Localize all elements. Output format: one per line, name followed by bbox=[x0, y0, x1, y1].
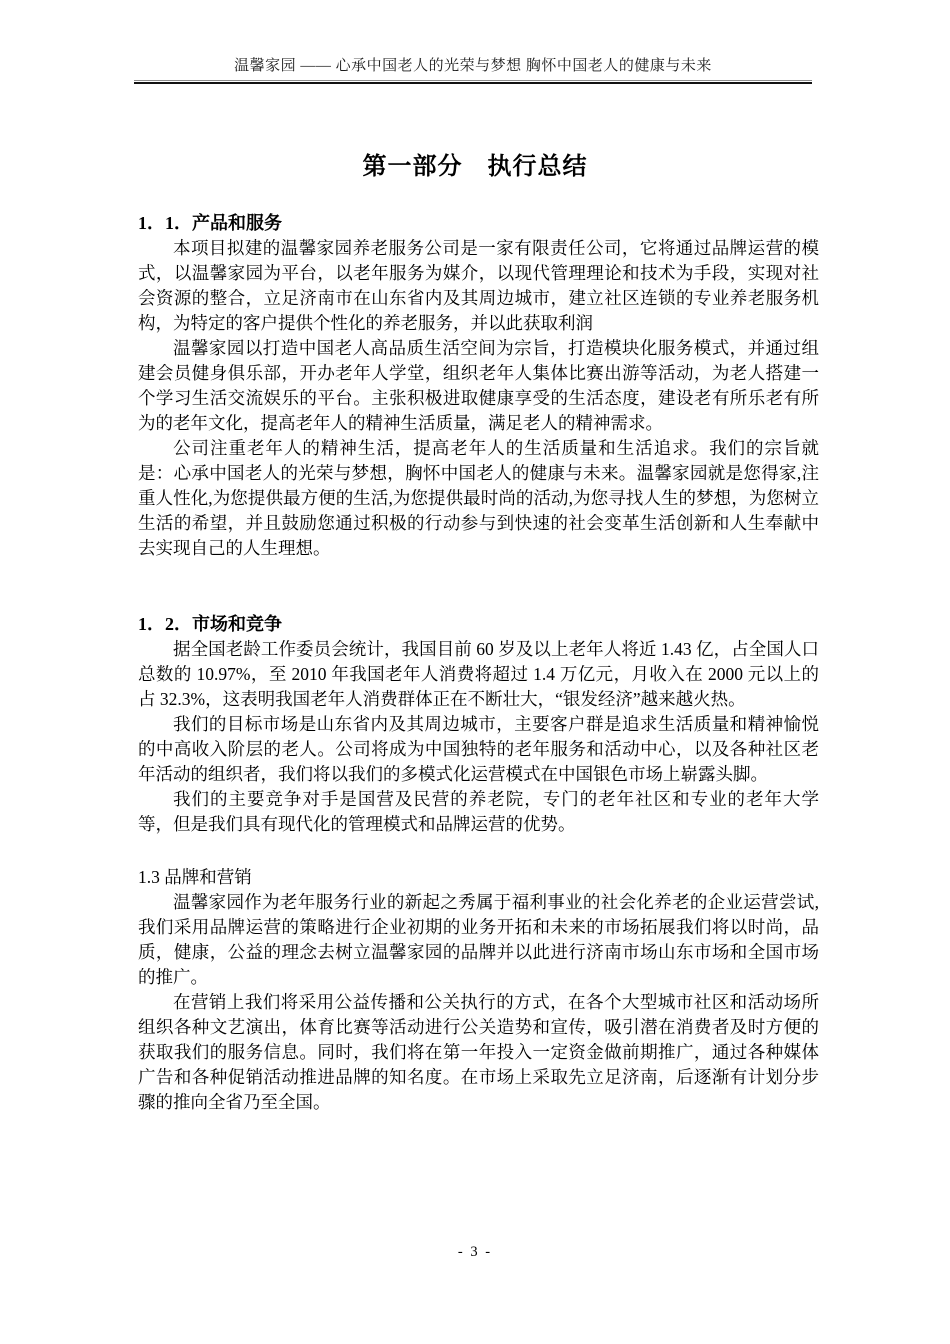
section-1-3-heading: 1.3 品牌和营销 bbox=[138, 865, 819, 890]
paragraph: 据全国老龄工作委员会统计，我国目前 60 岁及以上老年人将近 1.43 亿，占全… bbox=[138, 637, 819, 712]
section-market-competition: 1．2．市场和竞争 据全国老龄工作委员会统计，我国目前 60 岁及以上老年人将近… bbox=[138, 612, 819, 837]
document-title: 第一部分 执行总结 bbox=[0, 146, 950, 181]
paragraph: 我们的主要竞争对手是国营及民营的养老院，专门的老年社区和专业的老年大学等，但是我… bbox=[138, 787, 819, 837]
section-1-1-heading: 1．1．产品和服务 bbox=[138, 211, 819, 236]
paragraph: 公司注重老年人的精神生活，提高老年人的生活质量和生活追求。我们的宗旨就是：心承中… bbox=[138, 436, 819, 561]
section-1-2-heading: 1．2．市场和竞争 bbox=[138, 612, 819, 637]
paragraph: 本项目拟建的温馨家园养老服务公司是一家有限责任公司，它将通过品牌运营的模式，以温… bbox=[138, 236, 819, 336]
document-body: 1．1．产品和服务 本项目拟建的温馨家园养老服务公司是一家有限责任公司，它将通过… bbox=[138, 211, 819, 1115]
section-products-services: 1．1．产品和服务 本项目拟建的温馨家园养老服务公司是一家有限责任公司，它将通过… bbox=[138, 211, 819, 561]
paragraph: 我们的目标市场是山东省内及其周边城市，主要客户群是追求生活质量和精神愉悦的中高收… bbox=[138, 712, 819, 787]
paragraph: 在营销上我们将采用公益传播和公关执行的方式，在各个大型城市社区和活动场所组织各种… bbox=[138, 990, 819, 1115]
paragraph: 温馨家园以打造中国老人高品质生活空间为宗旨，打造模块化服务模式，并通过组建会员健… bbox=[138, 336, 819, 436]
section-brand-marketing: 1.3 品牌和营销 温馨家园作为老年服务行业的新起之秀属于福利事业的社会化养老的… bbox=[138, 865, 819, 1115]
page-number: - 3 - bbox=[0, 1244, 950, 1261]
header-divider-line bbox=[134, 80, 812, 84]
paragraph: 温馨家园作为老年服务行业的新起之秀属于福利事业的社会化养老的企业运营尝试,我们采… bbox=[138, 890, 819, 990]
page-header-slogan: 温馨家园 —— 心承中国老人的光荣与梦想 胸怀中国老人的健康与未来 bbox=[134, 54, 812, 75]
document-page: 温馨家园 —— 心承中国老人的光荣与梦想 胸怀中国老人的健康与未来 第一部分 执… bbox=[0, 0, 950, 1344]
